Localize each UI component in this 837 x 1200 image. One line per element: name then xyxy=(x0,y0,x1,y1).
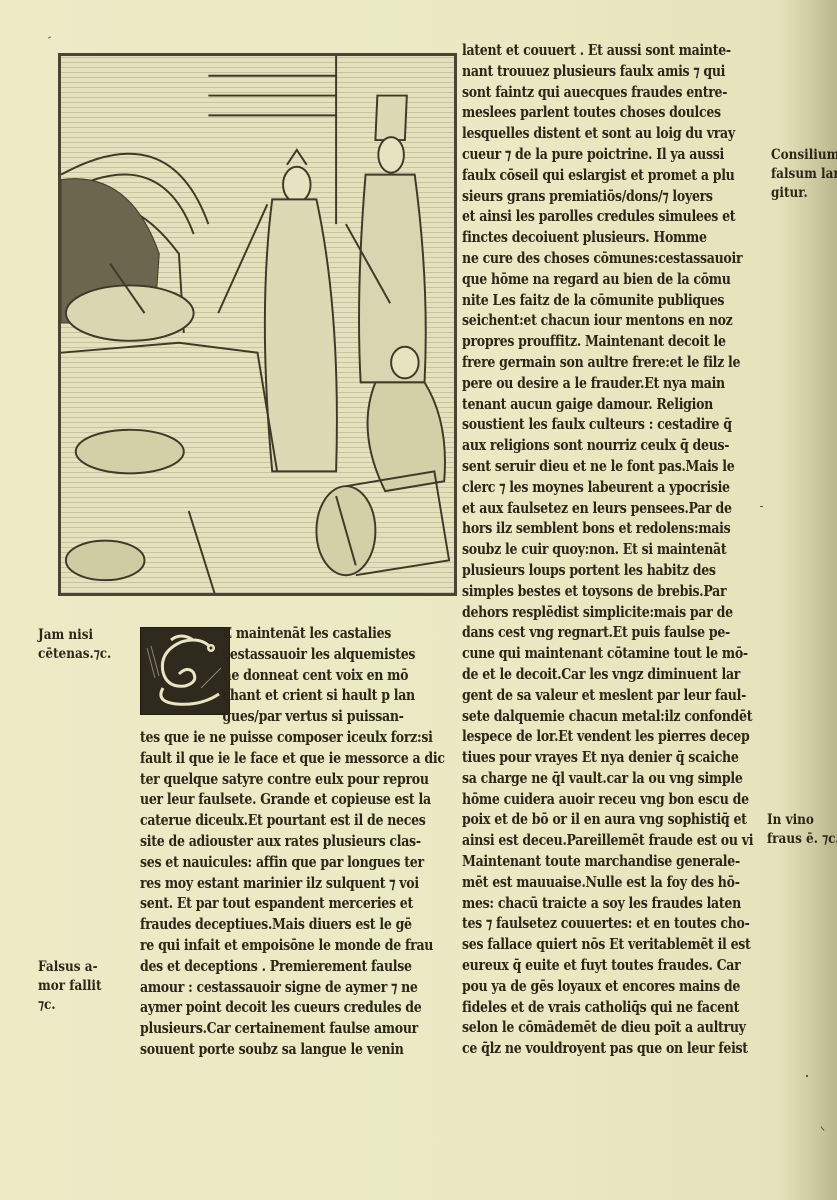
text-line: dehors resplēdist simplicite:mais par de xyxy=(462,603,724,624)
text-line: fault il que ie le face et que ie messor… xyxy=(140,749,408,770)
text-line: fideles et de vrais catholiq̄s qui ne fa… xyxy=(462,998,724,1019)
text-line: ter quelque satyre contre eulx pour repr… xyxy=(140,770,408,791)
marginal-note-jam-nisi: Jam nisi cētenas.⁊c. xyxy=(38,626,111,664)
text-line: aux religions sont nourriz ceulx q̄ deus… xyxy=(462,436,724,457)
text-line: pou ya de gēs loyaux et encores mains de xyxy=(462,977,724,998)
text-line: ses et nauicules: affin que par longues … xyxy=(140,853,408,874)
text-line: cueur ⁊ de la pure poictrine. Il ya auss… xyxy=(462,145,724,166)
marginal-note-line: falsum lar xyxy=(771,165,837,184)
text-line: caterue diceulx.Et pourtant est il de ne… xyxy=(140,811,408,832)
text-line: cestassauoir les alquemistes xyxy=(140,645,408,666)
marginal-note-line: Falsus a- xyxy=(38,958,102,977)
text-line: tes que ie ne puisse composer iceulx for… xyxy=(140,728,408,749)
ink-speck xyxy=(760,506,763,507)
text-line: seichent:et chacun iour mentons en noz xyxy=(462,311,724,332)
marginal-note-line: ⁊c. xyxy=(38,996,102,1015)
text-line: meslees parlent toutes choses doulces xyxy=(462,103,724,124)
text-line: soubz le cuir quoy:non. Et si maintenāt xyxy=(462,540,724,561)
marginal-note-in-vino: In vino fraus ē. ⁊c. xyxy=(767,811,837,849)
text-line: Maintenant toute marchandise generale- xyxy=(462,852,724,873)
ink-speck xyxy=(806,1075,808,1077)
text-line: tes ⁊ faulsetez couuertes: et en toutes … xyxy=(462,914,724,935)
text-line: cune qui maintenant cōtamine tout le mō- xyxy=(462,644,724,665)
marginal-note-line: mor fallit xyxy=(38,977,102,996)
left-column-text: E maintenāt les castalies cestassauoir l… xyxy=(140,624,452,1061)
text-line: des et deceptions . Premierement faulse xyxy=(140,957,408,978)
text-line: lesquelles distent et sont au loig du vr… xyxy=(462,124,724,145)
text-line: de et le decoit.Car les vngz diminuent l… xyxy=(462,665,724,686)
text-line: hōme cuidera auoir receu vng bon escu de xyxy=(462,790,724,811)
text-line: sont faintz qui auecques fraudes entre- xyxy=(462,83,724,104)
marginal-note-consilium: Consilium falsum lar gitur. xyxy=(771,146,837,203)
book-page: latent et couuert . Et aussi sont mainte… xyxy=(0,0,837,1200)
text-line: gues/par vertus si puissan- xyxy=(140,707,408,728)
text-line: site de adiouster aux rates plusieurs cl… xyxy=(140,832,408,853)
text-line: res moy estant marinier ilz sulquent ⁊ v… xyxy=(140,874,408,895)
text-line: sent seruir dieu et ne le font pas.Mais … xyxy=(462,457,724,478)
text-line: aymer point decoit les cueurs credules d… xyxy=(140,998,408,1019)
text-line: E maintenāt les castalies xyxy=(140,624,408,645)
text-line: sent. Et par tout espandent merceries et xyxy=(140,894,408,915)
text-line: mēt est mauuaise.Nulle est la foy des hō… xyxy=(462,873,724,894)
text-line: poix et de bō or il en aura vng sophisti… xyxy=(462,810,724,831)
text-line: nite Les faitz de la cōmunite publiques xyxy=(462,291,724,312)
marginal-note-line: cētenas.⁊c. xyxy=(38,645,111,664)
text-line: nant trouuez plusieurs faulx amis ⁊ qui xyxy=(462,62,724,83)
text-line: lespece de lor.Et vendent les pierres de… xyxy=(462,727,724,748)
text-line: selon le cōmādemēt de dieu poīt a aultru… xyxy=(462,1018,724,1039)
text-line: sieurs grans premiatiōs/dons/⁊ loyers xyxy=(462,187,724,208)
marginal-note-line: In vino xyxy=(767,811,837,830)
text-line: propres prouffitz. Maintenant decoit le xyxy=(462,332,724,353)
text-line: eureux q̄ euite et fuyt toutes fraudes. … xyxy=(462,956,724,977)
text-line: plusieurs loups portent les habitz des xyxy=(462,561,724,582)
text-line: ne cure des choses cōmunes:cestassauoir xyxy=(462,249,724,270)
text-line: hors ilz semblent bons et redolens:mais xyxy=(462,519,724,540)
text-line: clerc ⁊ les moynes labeurent a ypocrisie xyxy=(462,478,724,499)
text-line: et aux faulsetez en leurs pensees.Par de xyxy=(462,499,724,520)
text-line: frere germain son aultre frere:et le fil… xyxy=(462,353,724,374)
marginal-note-line: fraus ē. ⁊c. xyxy=(767,830,837,849)
ink-speck xyxy=(48,36,51,38)
text-line: ses fallace quiert nōs Et veritablemēt i… xyxy=(462,935,724,956)
text-line: faulx cōseil qui eslargist et promet a p… xyxy=(462,166,724,187)
text-line: dans cest vng regnart.Et puis faulse pe- xyxy=(462,623,724,644)
text-line: fraudes deceptiues.Mais diuers est le gē xyxy=(140,915,408,936)
text-line: tenant aucun gaige damour. Religion xyxy=(462,395,724,416)
text-line: gent de sa valeur et meslent par leur fa… xyxy=(462,686,724,707)
text-line: tiues pour vrayes Et nya denier q̄ scaic… xyxy=(462,748,724,769)
text-line: ce q̄lz ne vouldroyent pas que on leur f… xyxy=(462,1039,724,1060)
marginal-note-falsus-amor: Falsus a- mor fallit ⁊c. xyxy=(38,958,102,1015)
marginal-note-line: Jam nisi xyxy=(38,626,111,645)
text-line: uer leur faulsete. Grande et copieuse es… xyxy=(140,790,408,811)
right-column-text: latent et couuert . Et aussi sont mainte… xyxy=(462,41,767,1060)
woodcut-illustration-icon xyxy=(61,56,454,593)
text-line: et ainsi les parolles credules simulees … xyxy=(462,207,724,228)
text-line: soustient les faulx culteurs : cestadire… xyxy=(462,415,724,436)
text-line: re qui infait et empoisōne le monde de f… xyxy=(140,936,408,957)
text-line: ainsi est deceu.Pareillemēt fraude est o… xyxy=(462,831,724,852)
text-line: que hōme na regard au bien de la cōmu xyxy=(462,270,724,291)
text-line: sete dalquemie chacun metal:ilz confondē… xyxy=(462,707,724,728)
marginal-note-line: gitur. xyxy=(771,184,837,203)
text-line: simples bestes et toysons de brebis.Par xyxy=(462,582,724,603)
text-line: finctes decoiuent plusieurs. Homme xyxy=(462,228,724,249)
text-line: chant et crient si hault p lan xyxy=(140,686,408,707)
text-line: pere ou desire a le frauder.Et nya main xyxy=(462,374,724,395)
text-line: latent et couuert . Et aussi sont mainte… xyxy=(462,41,724,62)
woodcut-illustration xyxy=(58,53,457,596)
text-line: mes: chacū traicte a soy les fraudes lat… xyxy=(462,894,724,915)
text-line: plusieurs.Car certainement faulse amour xyxy=(140,1019,408,1040)
ink-speck xyxy=(821,1126,825,1130)
text-line: ne donneat cent voix en mō xyxy=(140,666,408,687)
text-line: amour : cestassauoir signe de aymer ⁊ ne xyxy=(140,978,408,999)
text-line: sa charge ne q̄l vault.car la ou vng sim… xyxy=(462,769,724,790)
text-line: souuent porte soubz sa langue le venin xyxy=(140,1040,408,1061)
marginal-note-line: Consilium xyxy=(771,146,837,165)
